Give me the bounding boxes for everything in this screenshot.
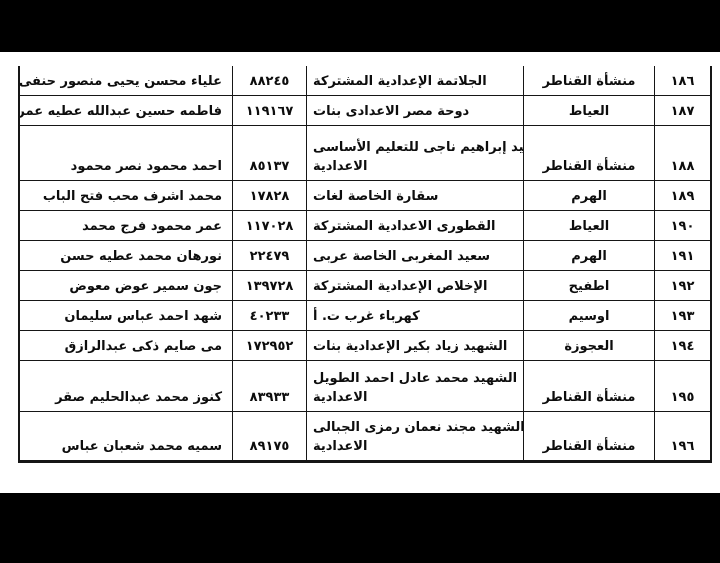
student-name-cell: مى صايم ذكى عبدالرازق	[20, 331, 232, 360]
row-number-cell: ١٩٤	[655, 331, 710, 360]
school-cell: الجلاتمة الإعدادية المشتركة	[307, 66, 523, 95]
school-name-line1: الشهيد زياد بكير الإعدادية بنات	[313, 337, 507, 356]
seat-number-cell: ٨٩١٧٥	[233, 412, 306, 460]
school-name-line1: سعيد المغربى الخاصة عربى	[313, 247, 490, 266]
school-name-line1: الشهيد مجند نعمان رمزى الجبالى	[313, 418, 523, 437]
seat-number-cell: ١٧٢٩٥٢	[233, 331, 306, 360]
district-cell: اوسيم	[524, 301, 654, 330]
school-name-line2: الاعدادية	[313, 388, 367, 407]
school-cell: سقارة الخاصة لغات	[307, 181, 523, 210]
school-name-line1: سقارة الخاصة لغات	[313, 187, 438, 206]
row-number-cell: ١٨٧	[655, 96, 710, 125]
school-cell: كهرباء غرب ت. أ	[307, 301, 523, 330]
row-number-cell: ١٩٢	[655, 271, 710, 300]
row-number-cell: ١٩٦	[655, 412, 710, 460]
school-name-line1: الإخلاص الإعدادية المشتركة	[313, 277, 487, 296]
row-number-cell: ١٩٥	[655, 361, 710, 411]
district-cell: العياط	[524, 211, 654, 240]
school-cell: الشهيد مجند نعمان رمزى الجبالىالاعدادية	[307, 412, 523, 460]
seat-number-cell: ٨٣٩٣٣	[233, 361, 306, 411]
school-name-line2: الاعدادية	[313, 437, 367, 456]
district-cell: اطفيح	[524, 271, 654, 300]
seat-number-cell: ٨٨٢٤٥	[233, 66, 306, 95]
district-cell: منشأة القناطر	[524, 412, 654, 460]
district-cell: الهرم	[524, 241, 654, 270]
results-table: ١٨٦منشأة القناطرالجلاتمة الإعدادية المشت…	[18, 66, 712, 463]
row-number-cell: ١٨٦	[655, 66, 710, 95]
school-cell: الشهيد محمد عادل احمد الطويلالاعدادية	[307, 361, 523, 411]
seat-number-cell: ٢٢٤٧٩	[233, 241, 306, 270]
school-cell: الشهيد إبراهيم ناجى للتعليم الأساسىالاعد…	[307, 126, 523, 180]
seat-number-cell: ٨٥١٣٧	[233, 126, 306, 180]
row-number-cell: ١٩٣	[655, 301, 710, 330]
district-cell: العياط	[524, 96, 654, 125]
student-name-cell: كنوز محمد عبدالحليم صقر	[20, 361, 232, 411]
school-cell: القطورى الاعدادية المشتركة	[307, 211, 523, 240]
seat-number-cell: ٤٠٢٣٣	[233, 301, 306, 330]
school-cell: الإخلاص الإعدادية المشتركة	[307, 271, 523, 300]
seat-number-cell: ١٣٩٧٢٨	[233, 271, 306, 300]
district-cell: منشأة القناطر	[524, 361, 654, 411]
school-name-line1: الشهيد محمد عادل احمد الطويل	[313, 369, 517, 388]
school-name-line1: القطورى الاعدادية المشتركة	[313, 217, 496, 236]
seat-number-cell: ١١٧٠٢٨	[233, 211, 306, 240]
district-cell: منشأة القناطر	[524, 66, 654, 95]
student-name-cell: فاطمه حسين عبدالله عطيه عمران	[20, 96, 232, 125]
district-cell: العجوزة	[524, 331, 654, 360]
school-name-line2: الاعدادية	[313, 157, 367, 176]
school-name-line1: الجلاتمة الإعدادية المشتركة	[313, 72, 487, 91]
district-cell: الهرم	[524, 181, 654, 210]
school-name-line1: الشهيد إبراهيم ناجى للتعليم الأساسى	[313, 138, 523, 157]
student-name-cell: علياء محسن يحيى منصور حنفى	[20, 66, 232, 95]
letterbox-bottom	[0, 493, 720, 563]
school-cell: دوحة مصر الاعدادى بنات	[307, 96, 523, 125]
school-name-line1: كهرباء غرب ت. أ	[313, 307, 420, 326]
student-name-cell: جون سمير عوض معوض	[20, 271, 232, 300]
seat-number-cell: ١٧٨٢٨	[233, 181, 306, 210]
seat-number-cell: ١١٩١٦٧	[233, 96, 306, 125]
student-name-cell: سميه محمد شعبان عباس	[20, 412, 232, 460]
row-number-cell: ١٩١	[655, 241, 710, 270]
student-name-cell: احمد محمود نصر محمود	[20, 126, 232, 180]
student-name-cell: شهد احمد عباس سليمان	[20, 301, 232, 330]
school-cell: سعيد المغربى الخاصة عربى	[307, 241, 523, 270]
student-name-cell: نورهان محمد عطيه حسن	[20, 241, 232, 270]
row-number-cell: ١٨٨	[655, 126, 710, 180]
row-number-cell: ١٩٠	[655, 211, 710, 240]
district-cell: منشأة القناطر	[524, 126, 654, 180]
student-name-cell: محمد اشرف محب فتح الباب	[20, 181, 232, 210]
letterbox-top	[0, 0, 720, 52]
row-number-cell: ١٨٩	[655, 181, 710, 210]
school-name-line1: دوحة مصر الاعدادى بنات	[313, 102, 469, 121]
student-name-cell: عمر محمود فرج محمد	[20, 211, 232, 240]
school-cell: الشهيد زياد بكير الإعدادية بنات	[307, 331, 523, 360]
